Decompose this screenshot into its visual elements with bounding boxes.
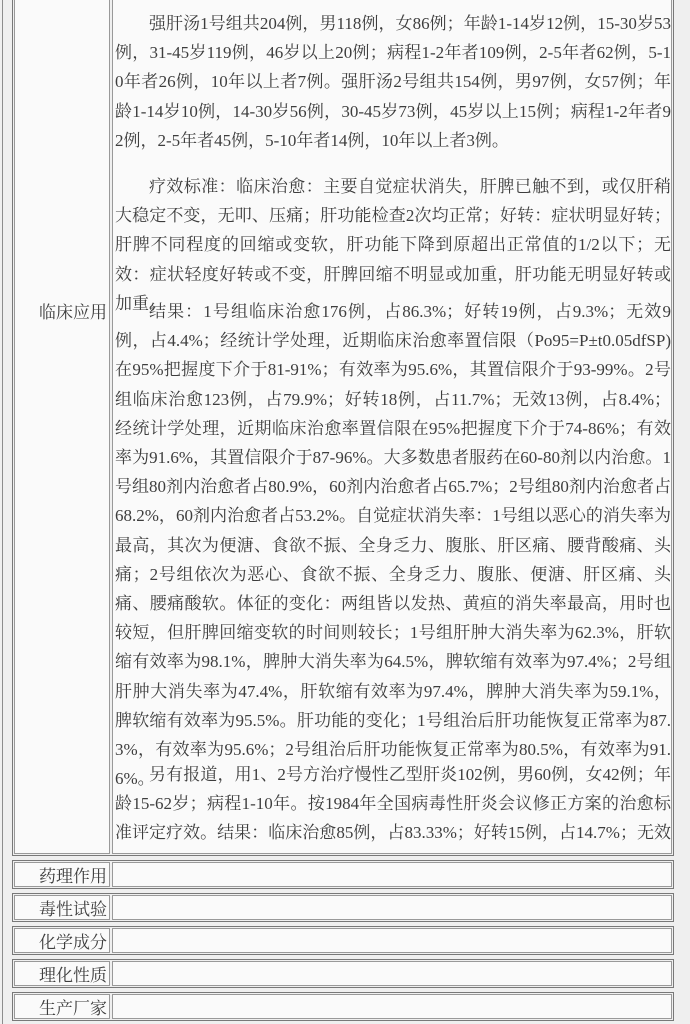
- row-label-pharmacology: 药理作用: [39, 862, 107, 887]
- row-content-cell-chemical-composition: [112, 928, 672, 953]
- row-pharmacology: 药理作用: [12, 860, 674, 889]
- row-clinical-application: 临床应用 强肝汤1号组共204例，男118例，女86例；年龄1-14岁12例，1…: [12, 0, 674, 856]
- row-label-toxicity-test: 毒性试验: [39, 895, 107, 920]
- row-label-physicochemical-properties: 理化性质: [39, 961, 107, 986]
- row-content-cell-manufacturer: [112, 994, 672, 1019]
- row-physicochemical-properties: 理化性质: [12, 959, 674, 988]
- row-content-cell-pharmacology: [112, 862, 672, 887]
- clinical-paragraph-report: 另有报道，用1、2号方治疗慢性乙型肝炎102例，男60例，女42例；年龄15-6…: [115, 760, 671, 854]
- row-label-cell-chemical-composition: 化学成分: [14, 928, 110, 953]
- row-manufacturer: 生产厂家: [12, 992, 674, 1021]
- row-label-cell-manufacturer: 生产厂家: [14, 994, 110, 1019]
- row-label-cell-physicochemical-properties: 理化性质: [14, 961, 110, 986]
- row-toxicity-test: 毒性试验: [12, 893, 674, 922]
- outer-table-left-border: [2, 0, 3, 1024]
- clinical-paragraph-groups: 强肝汤1号组共204例，男118例，女86例；年龄1-14岁12例，15-30岁…: [115, 9, 671, 155]
- row-label-cell-pharmacology: 药理作用: [14, 862, 110, 887]
- row-label-manufacturer: 生产厂家: [39, 994, 107, 1019]
- row-label-chemical-composition: 化学成分: [39, 928, 107, 953]
- row-label-cell-toxicity-test: 毒性试验: [14, 895, 110, 920]
- row-content-cell-clinical-application: 强肝汤1号组共204例，男118例，女86例；年龄1-14岁12例，15-30岁…: [112, 0, 672, 854]
- page: 临床应用 强肝汤1号组共204例，男118例，女86例；年龄1-14岁12例，1…: [0, 0, 690, 1024]
- row-label-cell-clinical-application: 临床应用: [14, 0, 110, 854]
- row-content-cell-physicochemical-properties: [112, 961, 672, 986]
- row-content-cell-toxicity-test: [112, 895, 672, 920]
- row-chemical-composition: 化学成分: [12, 926, 674, 955]
- row-label-clinical-application: 临床应用: [39, 298, 107, 323]
- clinical-paragraph-results: 结果：1号组临床治愈176例，占86.3%；好转19例，占9.3%；无效9例，占…: [115, 297, 671, 793]
